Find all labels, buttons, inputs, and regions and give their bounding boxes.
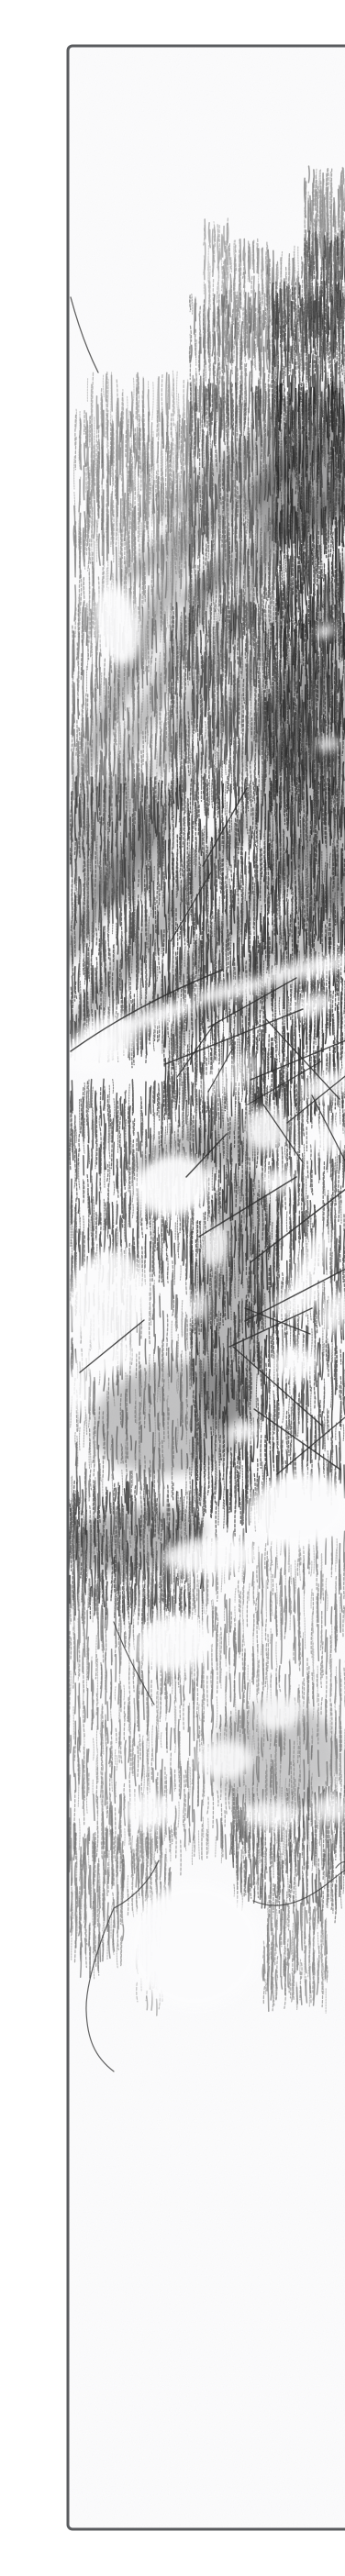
sketch-layers: [37, 46, 345, 2529]
sketch-canvas: [37, 15, 345, 2561]
framed-sketch-figure: [37, 15, 345, 2561]
